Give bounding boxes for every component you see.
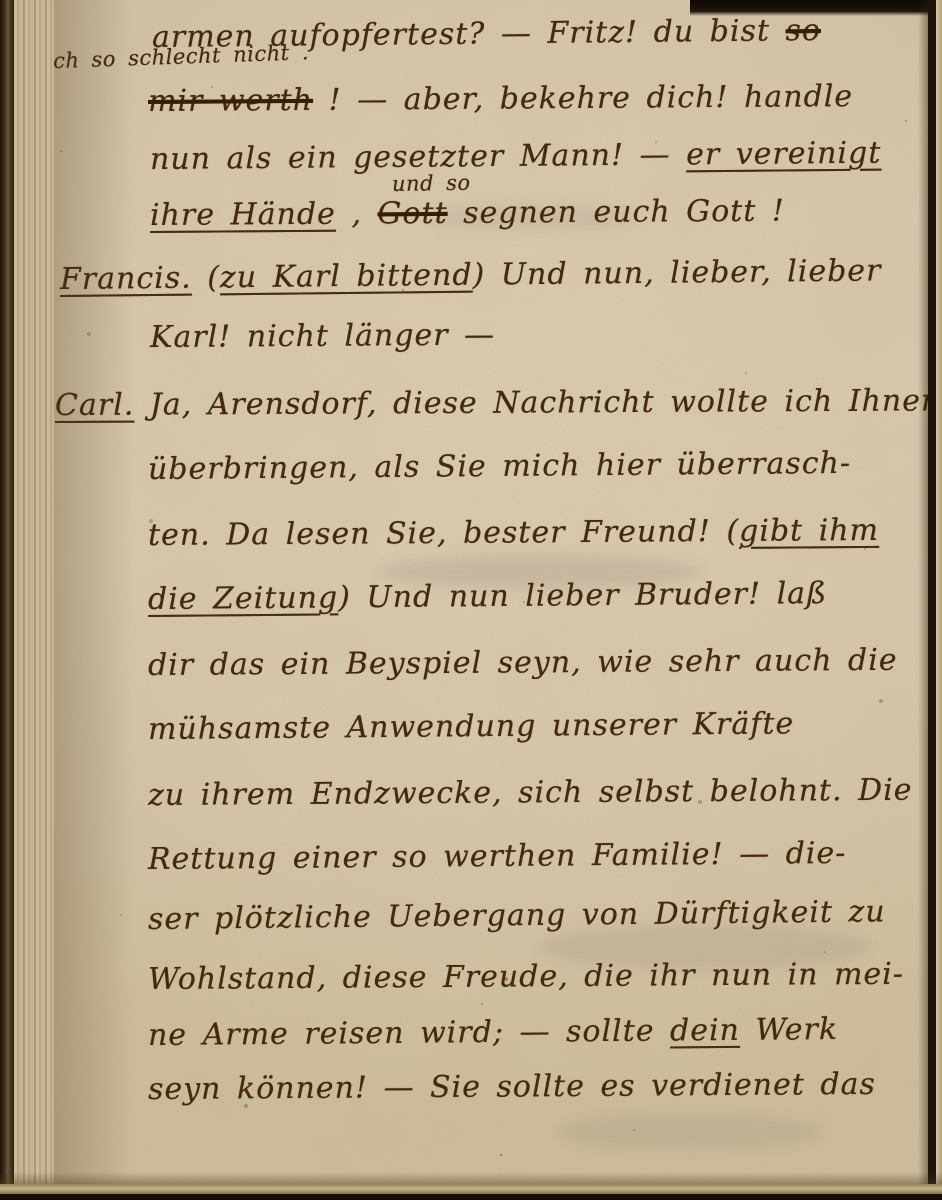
manuscript-line: Rettung einer so werthen Familie! — die- (148, 836, 847, 877)
text-segment: zu Karl bittend (220, 258, 473, 296)
manuscript-line: seyn können! — Sie sollte es verdienet d… (148, 1067, 876, 1107)
bottom-dark-edge (0, 1194, 942, 1200)
text-segment: ihre Hände (150, 197, 336, 233)
text-segment: und so (392, 171, 471, 196)
text-segment: dein (670, 1013, 740, 1049)
page-edge-stack-left (14, 0, 54, 1200)
manuscript-line: ne Arme reisen wird; — sollte dein Werk (148, 1012, 838, 1053)
text-segment: die Zeitung (148, 580, 338, 617)
bottom-page-shadow (0, 1172, 942, 1184)
text-segment: ser plötzliche Uebergang von Dürftigkeit… (148, 894, 886, 937)
text-segment: gibt ihm (739, 513, 879, 549)
text-segment: ) Und nun lieber Bruder! laß (338, 576, 827, 615)
interlinear-insertion: und so (392, 171, 471, 196)
text-segment: segnen euch Gott ! (447, 194, 785, 231)
text-segment: Ja, Arensdorf, diese Nachricht wollte ic… (134, 383, 941, 422)
text-segment: Rettung einer so werthen Familie! — die- (148, 836, 847, 877)
next-page-sliver (936, 0, 942, 1200)
text-segment: , (336, 196, 378, 231)
manuscript-line: zu ihrem Endzwecke, sich selbst belohnt.… (148, 773, 913, 813)
manuscript-line: ten. Da lesen Sie, bester Freund! (gibt … (148, 513, 879, 553)
manuscript-line: die Zeitung) Und nun lieber Bruder! laß (148, 576, 827, 617)
manuscript-line: Francis. (zu Karl bittend) Und nun, lieb… (60, 253, 882, 297)
text-segment: Karl! nicht länger — (150, 318, 495, 355)
text-segment: doch so schlecht nicht . (26, 40, 310, 74)
manuscript-line: mir werth ! — aber, bekehre dich! handle (148, 79, 853, 119)
text-segment: überbringen, als Sie mich hier überrasch… (148, 446, 851, 487)
manuscript-line: Karl! nicht länger — (150, 318, 495, 355)
text-segment: seyn können! — Sie sollte es verdienet d… (148, 1067, 876, 1107)
speaker-label: Carl. (55, 388, 134, 423)
text-segment: ( (192, 260, 221, 295)
book-spine (0, 0, 14, 1200)
struck-text: so (785, 13, 821, 48)
manuscript-page: armen aufopfertest? — Fritz! du bist sod… (0, 0, 942, 1200)
text-segment: mühsamste Anwendung unserer Kräfte (148, 706, 794, 747)
text-segment: Wohlstand, diese Freude, die ihr nun in … (148, 957, 904, 997)
struck-text: mir werth (148, 83, 313, 119)
text-segment: Werk (740, 1012, 839, 1048)
manuscript-line: überbringen, als Sie mich hier überrasch… (148, 446, 851, 487)
text-segment: ten. Da lesen Sie, bester Freund! ( (148, 514, 739, 553)
text-segment: zu ihrem Endzwecke, sich selbst belohnt.… (148, 773, 913, 813)
margin-note-line: doch so schlecht nicht . (26, 40, 310, 74)
bottom-page-edges (0, 1184, 942, 1194)
manuscript-line: Wohlstand, diese Freude, die ihr nun in … (148, 957, 904, 997)
text-segment: er vereinigt (686, 136, 882, 173)
manuscript-text-layer: armen aufopfertest? — Fritz! du bist sod… (0, 0, 942, 1200)
top-page-edge-dark (690, 0, 940, 16)
text-segment: dir das ein Beyspiel seyn, wie sehr auch… (148, 643, 898, 683)
right-page-gap (928, 0, 936, 1200)
manuscript-line: nun als ein gesetzter Mann! — er vereini… (150, 136, 882, 177)
manuscript-line: mühsamste Anwendung unserer Kräfte (148, 706, 794, 747)
manuscript-line: ser plötzliche Uebergang von Dürftigkeit… (148, 894, 886, 937)
text-segment: ! — aber, bekehre dich! handle (313, 79, 853, 118)
speaker-label: Francis. (60, 261, 192, 297)
text-segment: ne Arme reisen wird; — sollte (148, 1013, 670, 1053)
manuscript-line: ihre Hände , Gott segnen euch Gott ! (150, 194, 785, 233)
manuscript-line: dir das ein Beyspiel seyn, wie sehr auch… (148, 643, 898, 683)
manuscript-line: Carl. Ja, Arensdorf, diese Nachricht wol… (55, 383, 941, 423)
text-segment: ) Und nun, lieber, lieber (472, 253, 881, 292)
struck-text: Gott (377, 196, 447, 231)
